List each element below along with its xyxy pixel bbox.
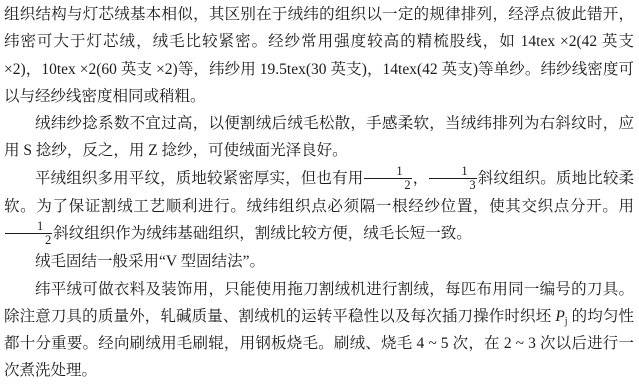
text-run: 纬平绒可做衣料及装饰用，只能使用拖刀割绒机进行割绒，每匹布用同一编号的刀具。除注… xyxy=(4,281,634,325)
fraction-denominator: 3 xyxy=(429,179,476,192)
fraction-numerator: 1 xyxy=(5,220,52,234)
page: { "page": { "background_color": "#ffffff… xyxy=(0,0,639,392)
fraction-numerator: 1 xyxy=(429,165,476,179)
text-run: 绒毛固结一般采用“V 型固结法”。 xyxy=(35,253,265,270)
document-page: 组织结构与灯芯绒基本相似，其区别在于绒纬的组织以一定的规律排列，经浮点彼此错开，… xyxy=(0,0,639,392)
paragraph: 绒毛固结一般采用“V 型固结法”。 xyxy=(4,248,634,275)
text-run: 斜纹组织作为绒纬基础组织，割绒比较方便，绒毛长短一致。 xyxy=(53,225,472,242)
text-run: 组织结构与灯芯绒基本相似，其区别在于绒纬的组织以一定的规律排列，经浮点彼此错开，… xyxy=(4,6,634,105)
text-run: 绒纬纱捻系数不宜过高，以便割绒后绒毛松散，手感柔软，当绒纬排列为右斜纹时，应用 … xyxy=(4,115,634,159)
paragraph: 组织结构与灯芯绒基本相似，其区别在于绒纬的组织以一定的规律排列，经浮点彼此错开，… xyxy=(4,1,634,110)
paragraph: 平绒组织多用平纹，质地较紧密厚实，但也有用12，13斜纹组织。质地比较柔软。为了… xyxy=(4,165,634,248)
weave-fraction: 13 xyxy=(429,165,476,192)
fraction-denominator: 2 xyxy=(364,179,411,192)
weave-fraction: 12 xyxy=(364,165,411,192)
fraction-numerator: 1 xyxy=(364,165,411,179)
text-run: ， xyxy=(413,170,429,187)
paragraph: 纬平绒可做衣料及装饰用，只能使用拖刀割绒机进行割绒，每匹布用同一编号的刀具。除注… xyxy=(4,276,634,385)
math-variable: Pj xyxy=(555,308,567,325)
text-run: 平绒组织多用平纹，质地较紧密厚实，但也有用 xyxy=(35,170,363,187)
math-variable-base: P xyxy=(555,308,564,325)
paragraph: 绒纬纱捻系数不宜过高，以便割绒后绒毛松散，手感柔软，当绒纬排列为右斜纹时，应用 … xyxy=(4,110,634,165)
weave-fraction: 12 xyxy=(5,220,52,247)
fraction-denominator: 2 xyxy=(5,234,52,247)
